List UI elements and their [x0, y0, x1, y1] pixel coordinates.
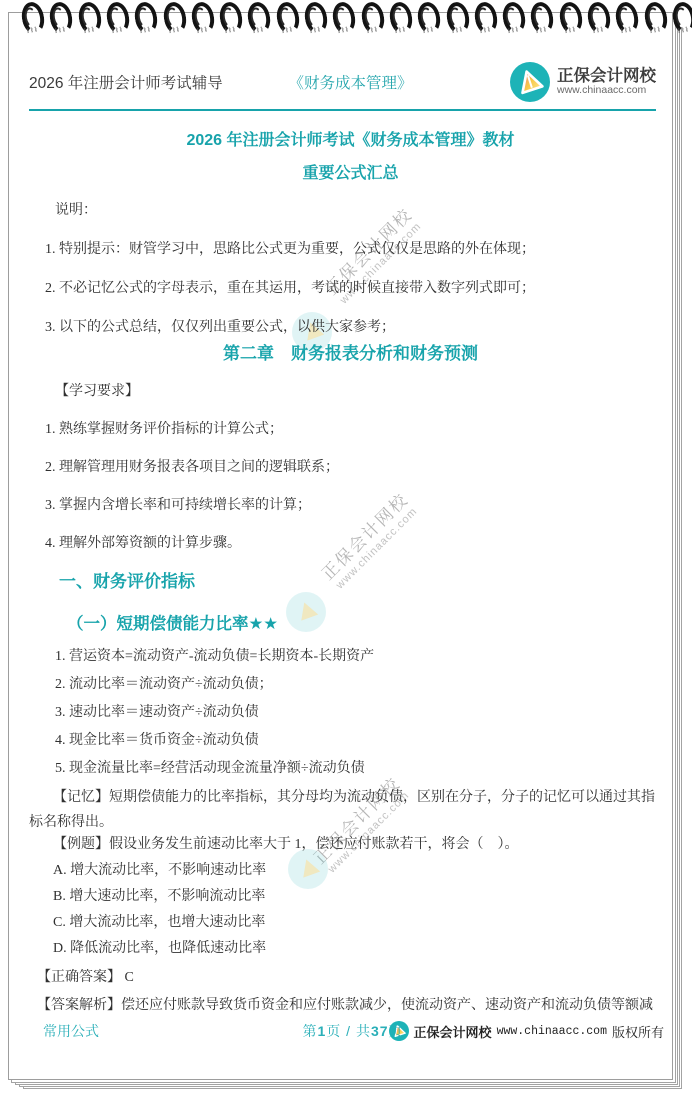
footer-brand-site: www.chinaacc.com [497, 1025, 607, 1038]
subsection-title: （一）短期偿债能力比率★★ [29, 610, 656, 634]
header-divider [29, 109, 656, 111]
binder-ring-icon [529, 0, 556, 35]
spiral-binding [0, 0, 692, 34]
requirements-label: 【学习要求】 [29, 382, 656, 401]
answer-analysis: 【答案解析】偿还应付账款导致货币资金和应付账款减少，使流动资产、速动资产和流动负… [29, 996, 656, 1015]
footer-brand-name: 正保会计网校 [414, 1022, 492, 1041]
binder-ring-icon [387, 0, 414, 35]
footer-section-label: 常用公式 [29, 1021, 99, 1041]
answer-label: 【正确答案】 [37, 970, 121, 985]
paper-sheet: 正保会计网校 www.chinaacc.com 正保会计网校 www.china… [8, 12, 673, 1080]
memory-note: 【记忆】短期偿债能力的比率指标，其分母均为流动负债，区别在分子，分子的记忆可以通… [29, 785, 656, 835]
binder-ring-icon [48, 0, 75, 35]
binder-ring-icon [642, 0, 669, 35]
binder-ring-icon [472, 0, 499, 35]
binder-ring-icon [161, 0, 188, 35]
binder-ring-icon [274, 0, 301, 35]
footer-brand: 正保会计网校 www.chinaacc.com 版权所有 [389, 1021, 664, 1041]
binder-ring-icon [359, 0, 386, 35]
formula-item: 2. 流动比率＝流动资产÷流动负债； [29, 675, 656, 694]
subject-label: 《财务成本管理》 [288, 71, 412, 93]
brand-site: www.chinaacc.com [557, 85, 656, 97]
document-page-scan: 正保会计网校 www.chinaacc.com 正保会计网校 www.china… [0, 0, 692, 1093]
binder-ring-icon [217, 0, 244, 35]
binder-ring-icon [189, 0, 216, 35]
brand-logo-icon [510, 62, 550, 102]
binder-ring-icon [133, 0, 160, 35]
formula-item: 4. 现金比率＝货币资金÷流动负债 [29, 731, 656, 750]
binder-ring-icon [444, 0, 471, 35]
example-question: 【例题】假设业务发生前速动比率大于 1，偿还应付账款若干，将会（ ）。 [29, 835, 656, 854]
requirement-item: 2. 理解管理用财务报表各项目之间的逻辑联系； [29, 458, 656, 477]
option-b: B. 增大速动比率，不影响流动比率 [29, 887, 656, 906]
binder-ring-icon [557, 0, 584, 35]
option-d: D. 降低流动比率，也降低速动比率 [29, 939, 656, 958]
correct-answer: 【正确答案】 C [29, 968, 656, 987]
brand-name: 正保会计网校 [557, 67, 656, 85]
page-header: 2026 年注册会计师考试辅导 《财务成本管理》 正保会计网校 www.chin… [29, 59, 656, 105]
binder-ring-icon [246, 0, 273, 35]
doc-title-line2: 重要公式汇总 [29, 160, 656, 183]
binder-ring-icon [500, 0, 527, 35]
binder-ring-icon [302, 0, 329, 35]
doc-title-line1: 2026 年注册会计师考试《财务成本管理》教材 [29, 127, 656, 150]
binder-ring-icon [331, 0, 358, 35]
note-item: 3. 以下的公式总结，仅仅列出重要公式，以供大家参考； [29, 318, 656, 337]
requirement-item: 4. 理解外部筹资额的计算步骤。 [29, 534, 656, 553]
answer-value: C [125, 970, 134, 985]
binder-ring-icon [76, 0, 103, 35]
binder-ring-icon [416, 0, 443, 35]
note-item: 2. 不必记忆公式的字母表示，重在其运用，考试的时候直接带入数字列式即可； [29, 279, 656, 298]
requirement-item: 3. 掌握内含增长率和可持续增长率的计算； [29, 496, 656, 515]
chapter-title: 第二章 财务报表分析和财务预测 [29, 339, 656, 364]
notes-label: 说明： [29, 201, 656, 220]
course-label: 2026 年注册会计师考试辅导 [29, 71, 223, 93]
note-item: 1. 特别提示：财管学习中，思路比公式更为重要，公式仅仅是思路的外在体现； [29, 240, 656, 259]
brand-logo: 正保会计网校 www.chinaacc.com [510, 62, 656, 102]
binder-ring-icon [670, 0, 692, 35]
brand-text: 正保会计网校 www.chinaacc.com [557, 67, 656, 97]
total-pages: 37 [371, 1023, 389, 1039]
page-number: 第1页 / 共37页 [303, 1021, 404, 1041]
option-a: A. 增大流动比率，不影响速动比率 [29, 861, 656, 880]
current-page: 1 [318, 1023, 327, 1039]
formula-item: 3. 速动比率＝速动资产÷流动负债 [29, 703, 656, 722]
formula-item: 5. 现金流量比率=经营活动现金流量净额÷流动负债 [29, 759, 656, 778]
section-title: 一、财务评价指标 [29, 567, 656, 592]
binder-ring-icon [585, 0, 612, 35]
requirement-item: 1. 熟练掌握财务评价指标的计算公式； [29, 420, 656, 439]
binder-ring-icon [19, 0, 46, 35]
page-footer: 常用公式 第1页 / 共37页 正保会计网校 www.chinaacc.com … [29, 1021, 664, 1041]
footer-rights: 版权所有 [612, 1022, 664, 1041]
option-c: C. 增大流动比率，也增大速动比率 [29, 913, 656, 932]
formula-item: 1. 营运资本=流动资产-流动负债=长期资本-长期资产 [29, 647, 656, 666]
binder-ring-icon [104, 0, 131, 35]
binder-ring-icon [614, 0, 641, 35]
